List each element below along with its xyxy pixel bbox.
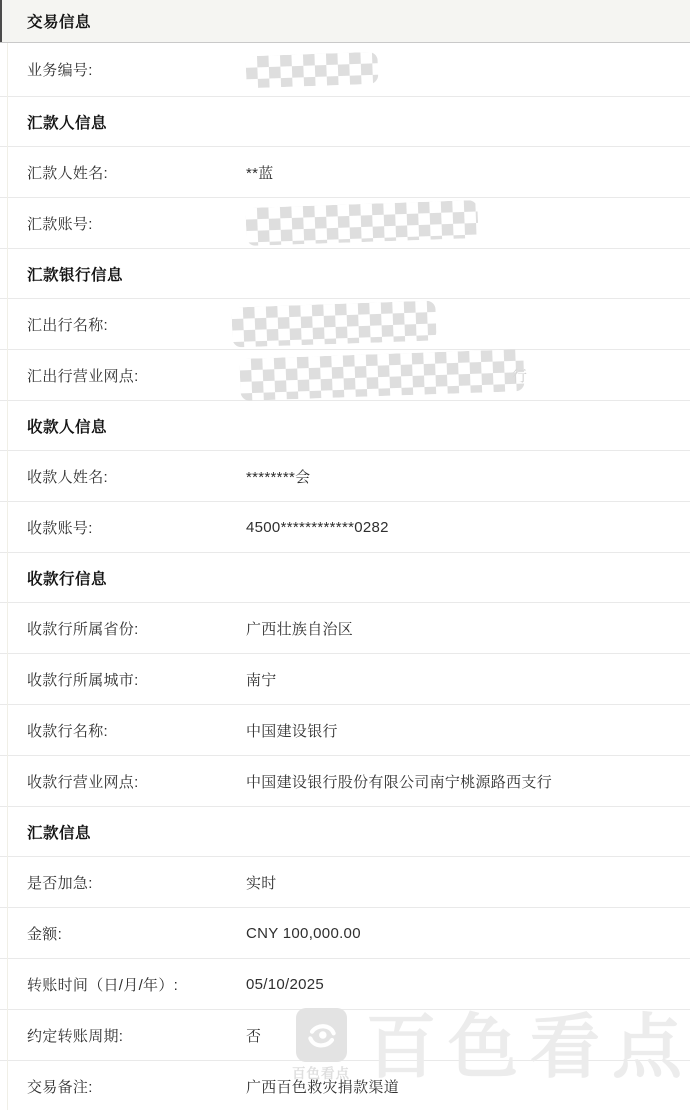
section-title: 汇款信息	[27, 821, 91, 843]
field-value	[246, 304, 685, 344]
field-label: 汇款账号:	[27, 213, 246, 234]
censored-value-block	[231, 300, 436, 347]
table-row-beneficiary-province: 收款行所属省份: 广西壮族自治区	[0, 603, 690, 654]
table-row-scheduled-cycle: 约定转账周期: 否	[0, 1010, 690, 1061]
field-label: 业务编号:	[27, 59, 246, 80]
table-row-beneficiary-city: 收款行所属城市: 南宁	[0, 654, 690, 705]
page-title: 交易信息	[27, 10, 91, 32]
field-label: 收款账号:	[27, 517, 246, 538]
field-value: ********会	[246, 466, 685, 487]
table-row-transaction-memo: 交易备注: 广西百色救灾捐款渠道	[0, 1061, 690, 1110]
table-row-remitter-account: 汇款账号:	[0, 198, 690, 249]
transaction-details-page: 交易信息 业务编号: 汇款人信息 汇款人姓名: **蓝 汇款账号: 汇款银行信息…	[0, 0, 690, 1110]
field-label: 转账时间（日/月/年）:	[27, 974, 246, 995]
censored-value-block	[239, 349, 524, 401]
section-header-payee: 收款人信息	[0, 401, 690, 451]
field-label: 收款行所属城市:	[27, 669, 246, 690]
field-value: 否	[246, 1025, 685, 1046]
field-value: 05/10/2025	[246, 976, 685, 993]
section-title: 收款人信息	[27, 415, 107, 437]
field-value: 4500************0282	[246, 519, 685, 536]
field-value: **蓝	[246, 162, 685, 183]
section-title: 汇款银行信息	[27, 263, 123, 285]
censored-value-block	[245, 200, 478, 246]
table-row-amount: 金额: CNY 100,000.00	[0, 908, 690, 959]
field-value: 实时	[246, 872, 685, 893]
censored-value-block	[245, 51, 378, 88]
table-row-business-number: 业务编号:	[0, 43, 690, 97]
field-value: 广西壮族自治区	[246, 618, 685, 639]
header-accent-bar	[0, 0, 2, 42]
field-value: 南宁	[246, 669, 685, 690]
field-value: 中国建设银行	[246, 720, 685, 741]
table-row-urgent-flag: 是否加急: 实时	[0, 857, 690, 908]
field-label: 汇款人姓名:	[27, 162, 246, 183]
table-row-beneficiary-bank-branch: 收款行营业网点: 中国建设银行股份有限公司南宁桃源路西支行	[0, 756, 690, 807]
field-label: 收款人姓名:	[27, 466, 246, 487]
field-label: 收款行名称:	[27, 720, 246, 741]
section-header-remitting-bank: 汇款银行信息	[0, 249, 690, 299]
field-label: 汇出行营业网点:	[27, 365, 246, 386]
section-title: 汇款人信息	[27, 111, 107, 133]
table-row-remitting-bank-branch: 汇出行营业网点: 行	[0, 350, 690, 401]
left-edge-divider	[7, 0, 8, 1110]
table-row-payee-account: 收款账号: 4500************0282	[0, 502, 690, 553]
section-header-remitter: 汇款人信息	[0, 97, 690, 147]
section-header-beneficiary-bank: 收款行信息	[0, 553, 690, 603]
field-label: 汇出行名称:	[27, 314, 246, 335]
section-header-remittance: 汇款信息	[0, 807, 690, 857]
table-row-payee-name: 收款人姓名: ********会	[0, 451, 690, 502]
field-label: 约定转账周期:	[27, 1025, 246, 1046]
table-row-remitter-name: 汇款人姓名: **蓝	[0, 147, 690, 198]
table-row-beneficiary-bank-name: 收款行名称: 中国建设银行	[0, 705, 690, 756]
field-value	[246, 54, 685, 86]
field-label: 是否加急:	[27, 872, 246, 893]
page-header: 交易信息	[0, 0, 690, 43]
field-label: 收款行营业网点:	[27, 771, 246, 792]
field-value: 行	[246, 354, 685, 396]
field-label: 交易备注:	[27, 1076, 246, 1097]
field-label: 金额:	[27, 923, 246, 944]
field-value: 广西百色救灾捐款渠道	[246, 1076, 685, 1097]
table-row-remitting-bank-name: 汇出行名称:	[0, 299, 690, 350]
field-value: 中国建设银行股份有限公司南宁桃源路西支行	[246, 771, 685, 792]
field-value: CNY 100,000.00	[246, 925, 685, 942]
section-title: 收款行信息	[27, 567, 107, 589]
table-row-transfer-date: 转账时间（日/月/年）: 05/10/2025	[0, 959, 690, 1010]
field-value	[246, 204, 685, 242]
field-label: 收款行所属省份:	[27, 618, 246, 639]
